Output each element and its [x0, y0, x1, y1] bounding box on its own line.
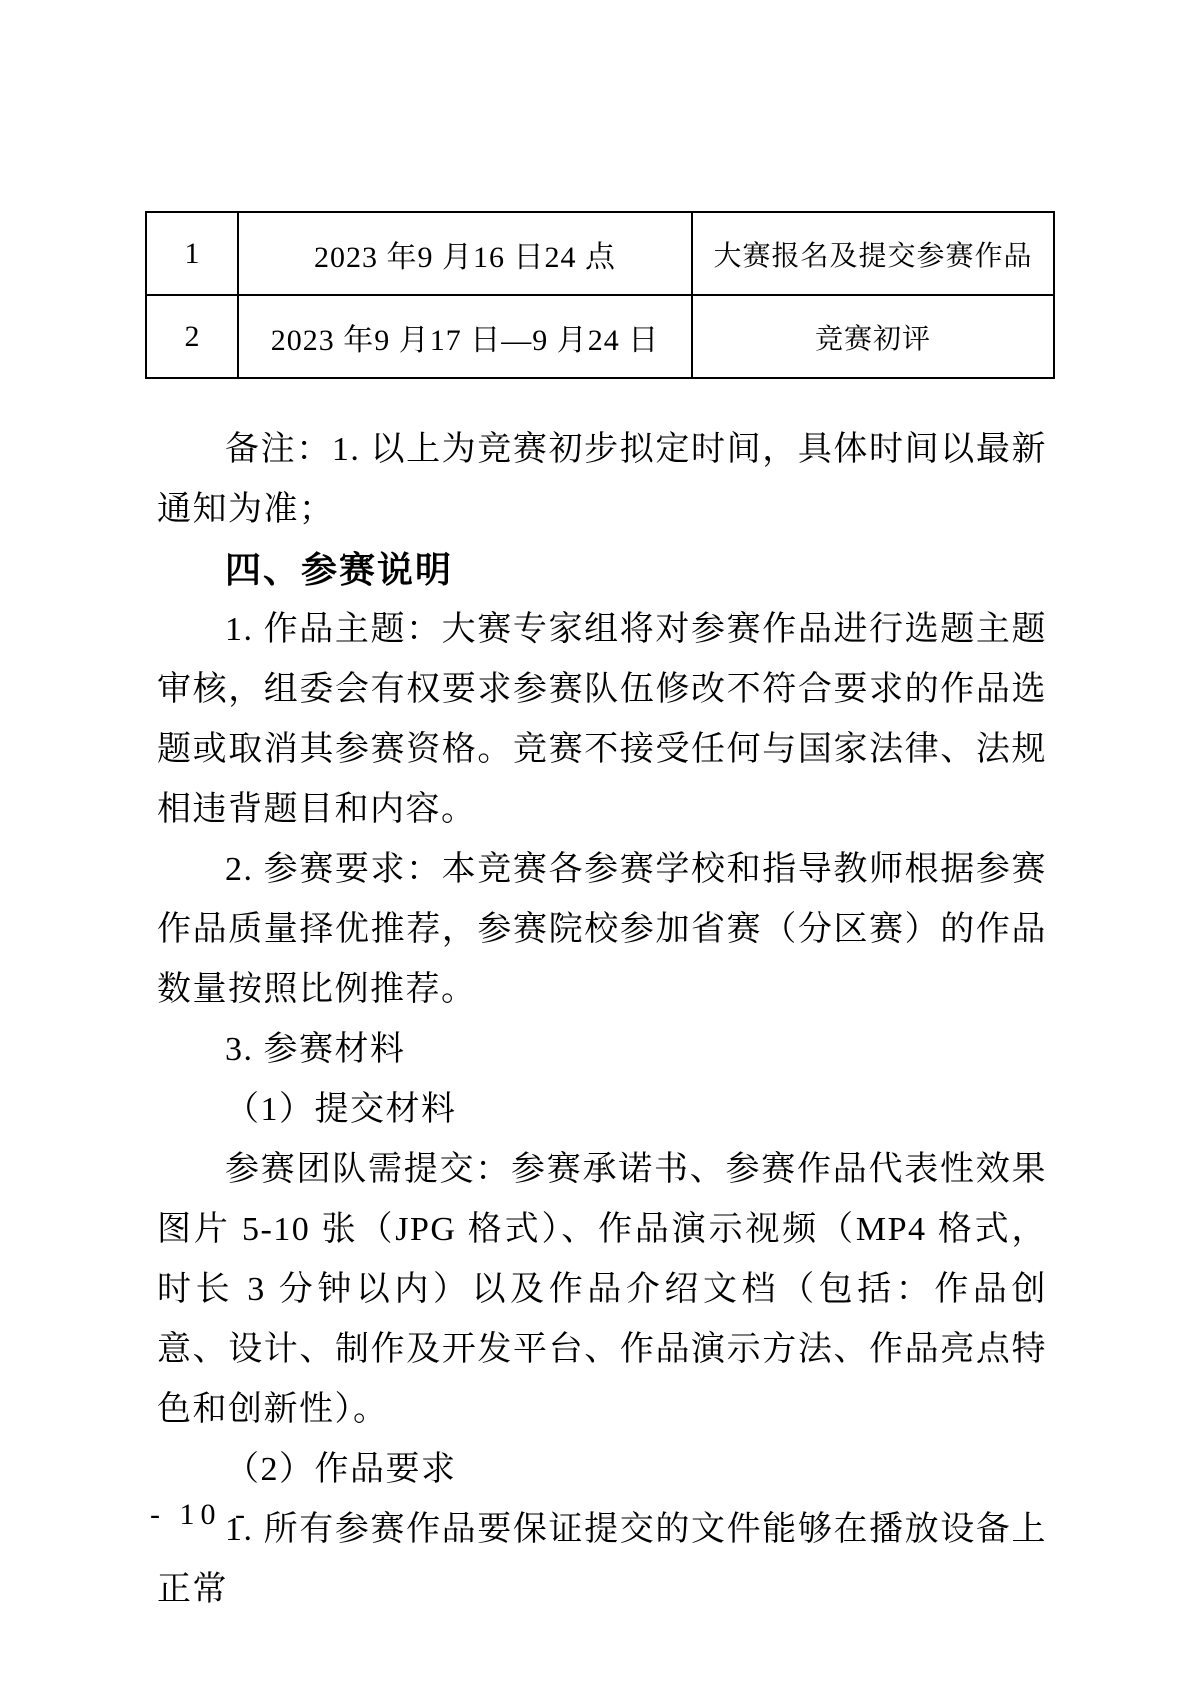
- event-cell: 大赛报名及提交参赛作品: [692, 212, 1054, 295]
- page-number: - 10 -: [150, 1498, 251, 1532]
- paragraph-work-requirements-detail: 1. 所有参赛作品要保证提交的文件能够在播放设备上正常: [157, 1500, 1047, 1620]
- table-row: 2 2023 年9 月17 日—9 月24 日 竞赛初评: [146, 295, 1054, 378]
- document-body: 备注：1. 以上为竞赛初步拟定时间，具体时间以最新通知为准； 四、参赛说明 1.…: [157, 420, 1047, 1620]
- time-cell: 2023 年9 月17 日—9 月24 日: [238, 295, 692, 378]
- schedule-table: 1 2023 年9 月16 日24 点 大赛报名及提交参赛作品 2 2023 年…: [145, 211, 1055, 379]
- paragraph-entry-requirements: 2. 参赛要求：本竞赛各参赛学校和指导教师根据参赛作品质量择优推荐，参赛院校参加…: [157, 840, 1047, 1020]
- row-number-cell: 2: [146, 295, 238, 378]
- note-paragraph: 备注：1. 以上为竞赛初步拟定时间，具体时间以最新通知为准；: [157, 420, 1047, 540]
- paragraph-work-theme: 1. 作品主题：大赛专家组将对参赛作品进行选题主题审核，组委会有权要求参赛队伍修…: [157, 600, 1047, 840]
- paragraph-submit-materials-detail: 参赛团队需提交：参赛承诺书、参赛作品代表性效果图片 5-10 张（JPG 格式）…: [157, 1140, 1047, 1440]
- table-row: 1 2023 年9 月16 日24 点 大赛报名及提交参赛作品: [146, 212, 1054, 295]
- paragraph-work-requirements-subhead: （2）作品要求: [157, 1440, 1047, 1500]
- paragraph-entry-materials: 3. 参赛材料: [157, 1020, 1047, 1080]
- document-page: 1 2023 年9 月16 日24 点 大赛报名及提交参赛作品 2 2023 年…: [0, 0, 1191, 1684]
- paragraph-submit-materials-subhead: （1）提交材料: [157, 1080, 1047, 1140]
- event-cell: 竞赛初评: [692, 295, 1054, 378]
- schedule-table-body: 1 2023 年9 月16 日24 点 大赛报名及提交参赛作品 2 2023 年…: [146, 212, 1054, 378]
- row-number-cell: 1: [146, 212, 238, 295]
- time-cell: 2023 年9 月16 日24 点: [238, 212, 692, 295]
- section-heading: 四、参赛说明: [157, 540, 1047, 600]
